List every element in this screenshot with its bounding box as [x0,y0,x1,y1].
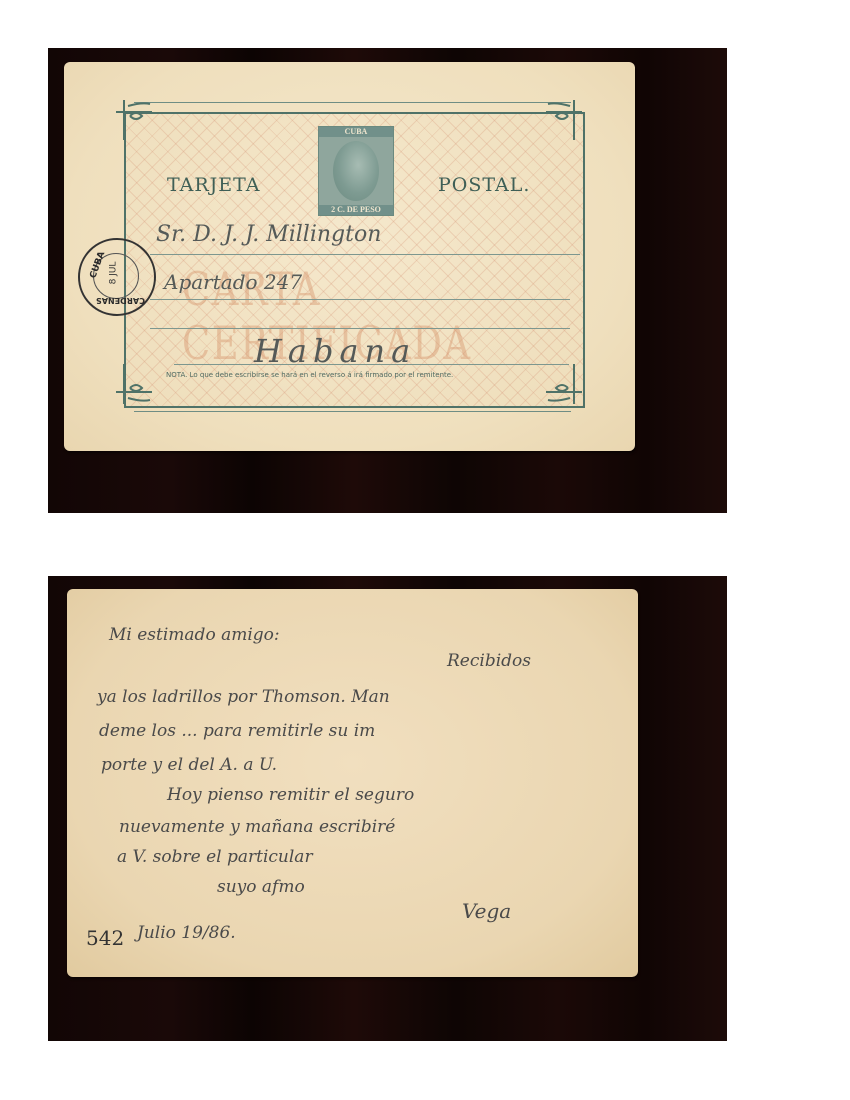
letter-date: Julio 19/86. [137,923,236,943]
title-postal: POSTAL. [438,174,530,196]
reference-number: 542 [86,926,124,950]
letter-line: Recibidos [447,651,531,671]
nota-text: NOTA. Lo que debe escribirse se hará en … [166,371,453,379]
corner-ornament-icon [112,100,152,140]
address-rule [150,299,570,300]
postcard-front-photo: TARJETA POSTAL. CUBA 2 C. DE PESO CARTA … [48,48,727,513]
stamp-value: 2 C. DE PESO [319,205,393,215]
postcard-back-photo: Mi estimado amigo: Recibidos ya los ladr… [48,576,727,1041]
postcard-front: TARJETA POSTAL. CUBA 2 C. DE PESO CARTA … [64,62,635,451]
letter-line: Mi estimado amigo: [109,625,280,645]
letter-line: nuevamente y mañana escribiré [119,817,395,837]
postmark-bottom-text: CARDENAS [96,296,145,305]
address-line-2: Apartado 247 [164,270,302,294]
letter-line: porte y el del A. a U. [101,755,277,775]
letter-line: a V. sobre el particular [117,847,313,867]
corner-ornament-icon [112,364,152,404]
letter-line: deme los ... para remitirle su im [99,721,375,741]
address-rule [150,254,580,255]
postmark: CUBA CARDENAS 8 JUL [78,238,156,316]
address-line-1: Sr. D. J. J. Millington [156,222,381,247]
corner-ornament-icon [546,100,586,140]
king-portrait-icon [333,141,379,201]
letter-line: suyo afmo [217,877,305,897]
imprinted-stamp: CUBA 2 C. DE PESO [318,126,394,216]
signature: Vega [462,899,511,923]
postcard-back: Mi estimado amigo: Recibidos ya los ladr… [67,589,638,977]
letter-line: ya los ladrillos por Thomson. Man [97,687,390,707]
address-rule [150,328,570,329]
stamp-country: CUBA [319,127,393,137]
letter-line: Hoy pienso remitir el seguro [167,785,414,805]
title-tarjeta: TARJETA [167,174,261,196]
postmark-date: 8 JUL [108,262,118,285]
corner-ornament-icon [546,364,586,404]
address-line-3: Habana [254,332,416,370]
